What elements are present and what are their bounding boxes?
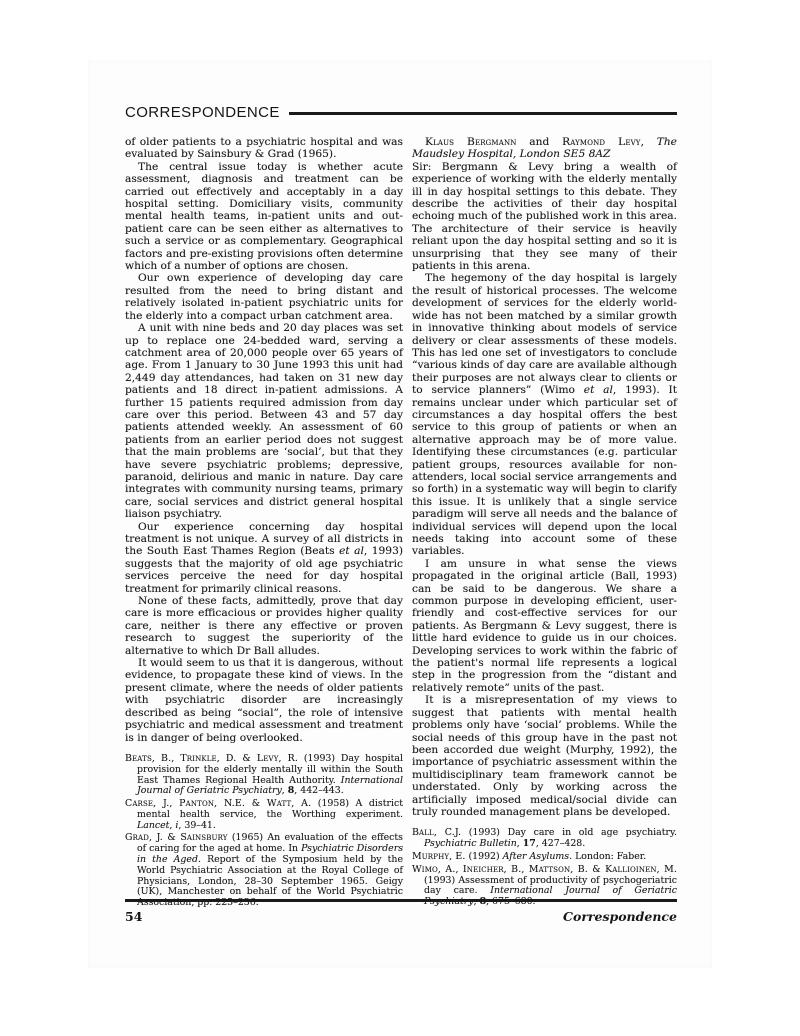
paragraph: It would seem to us that it is dangerous… — [125, 657, 403, 744]
right-column: Klaus Bergmann and Raymond Levy, The Mau… — [412, 136, 677, 911]
paragraph: I am unsure in what sense the views prop… — [412, 558, 677, 694]
reference-list: Beats, B., Trinkle, D. & Levy, R. (1993)… — [125, 754, 403, 909]
two-column-text: of older patients to a psychiatric hospi… — [125, 136, 677, 911]
left-column: of older patients to a psychiatric hospi… — [125, 136, 403, 911]
reference-entry: Carse, J., Panton, N.E. & Watt, A. (1958… — [125, 799, 403, 831]
header-rule — [289, 112, 677, 115]
section-header: CORRESPONDENCE — [125, 104, 677, 121]
paragraph: None of these facts, admittedly, prove t… — [125, 595, 403, 657]
page-footer: 54 Correspondence — [125, 899, 677, 924]
footer-rule — [125, 899, 677, 902]
reference-entry: Ball, C.J. (1993) Day care in old age ps… — [412, 828, 677, 850]
page-number: 54 — [125, 909, 142, 924]
paragraph: The central issue today is whether acute… — [125, 161, 403, 273]
paragraph: Our experience concerning day hospital t… — [125, 521, 403, 595]
journal-page: CORRESPONDENCE of older patients to a ps… — [0, 0, 800, 1036]
paragraph: The hegemony of the day hospital is larg… — [412, 272, 677, 557]
page-content: CORRESPONDENCE of older patients to a ps… — [125, 104, 677, 911]
reference-list: Ball, C.J. (1993) Day care in old age ps… — [412, 828, 677, 908]
paragraph: of older patients to a psychiatric hospi… — [125, 136, 403, 161]
paragraph: Sir: Bergmann & Levy bring a wealth of e… — [412, 161, 677, 273]
author-signature: Klaus Bergmann and Raymond Levy, The Mau… — [412, 136, 677, 161]
reference-entry: Grad, J. & Sainsbury (1965) An evaluatio… — [125, 833, 403, 909]
paragraph: A unit with nine beds and 20 day places … — [125, 322, 403, 521]
reference-entry: Murphy, E. (1992) After Asylums. London:… — [412, 852, 677, 863]
paragraph: It is a misrepresentation of my views to… — [412, 694, 677, 818]
reference-entry: Beats, B., Trinkle, D. & Levy, R. (1993)… — [125, 754, 403, 797]
section-title: CORRESPONDENCE — [125, 104, 280, 121]
footer-row: 54 Correspondence — [125, 909, 677, 924]
paragraph: Our own experience of developing day car… — [125, 272, 403, 322]
running-title: Correspondence — [563, 909, 677, 924]
